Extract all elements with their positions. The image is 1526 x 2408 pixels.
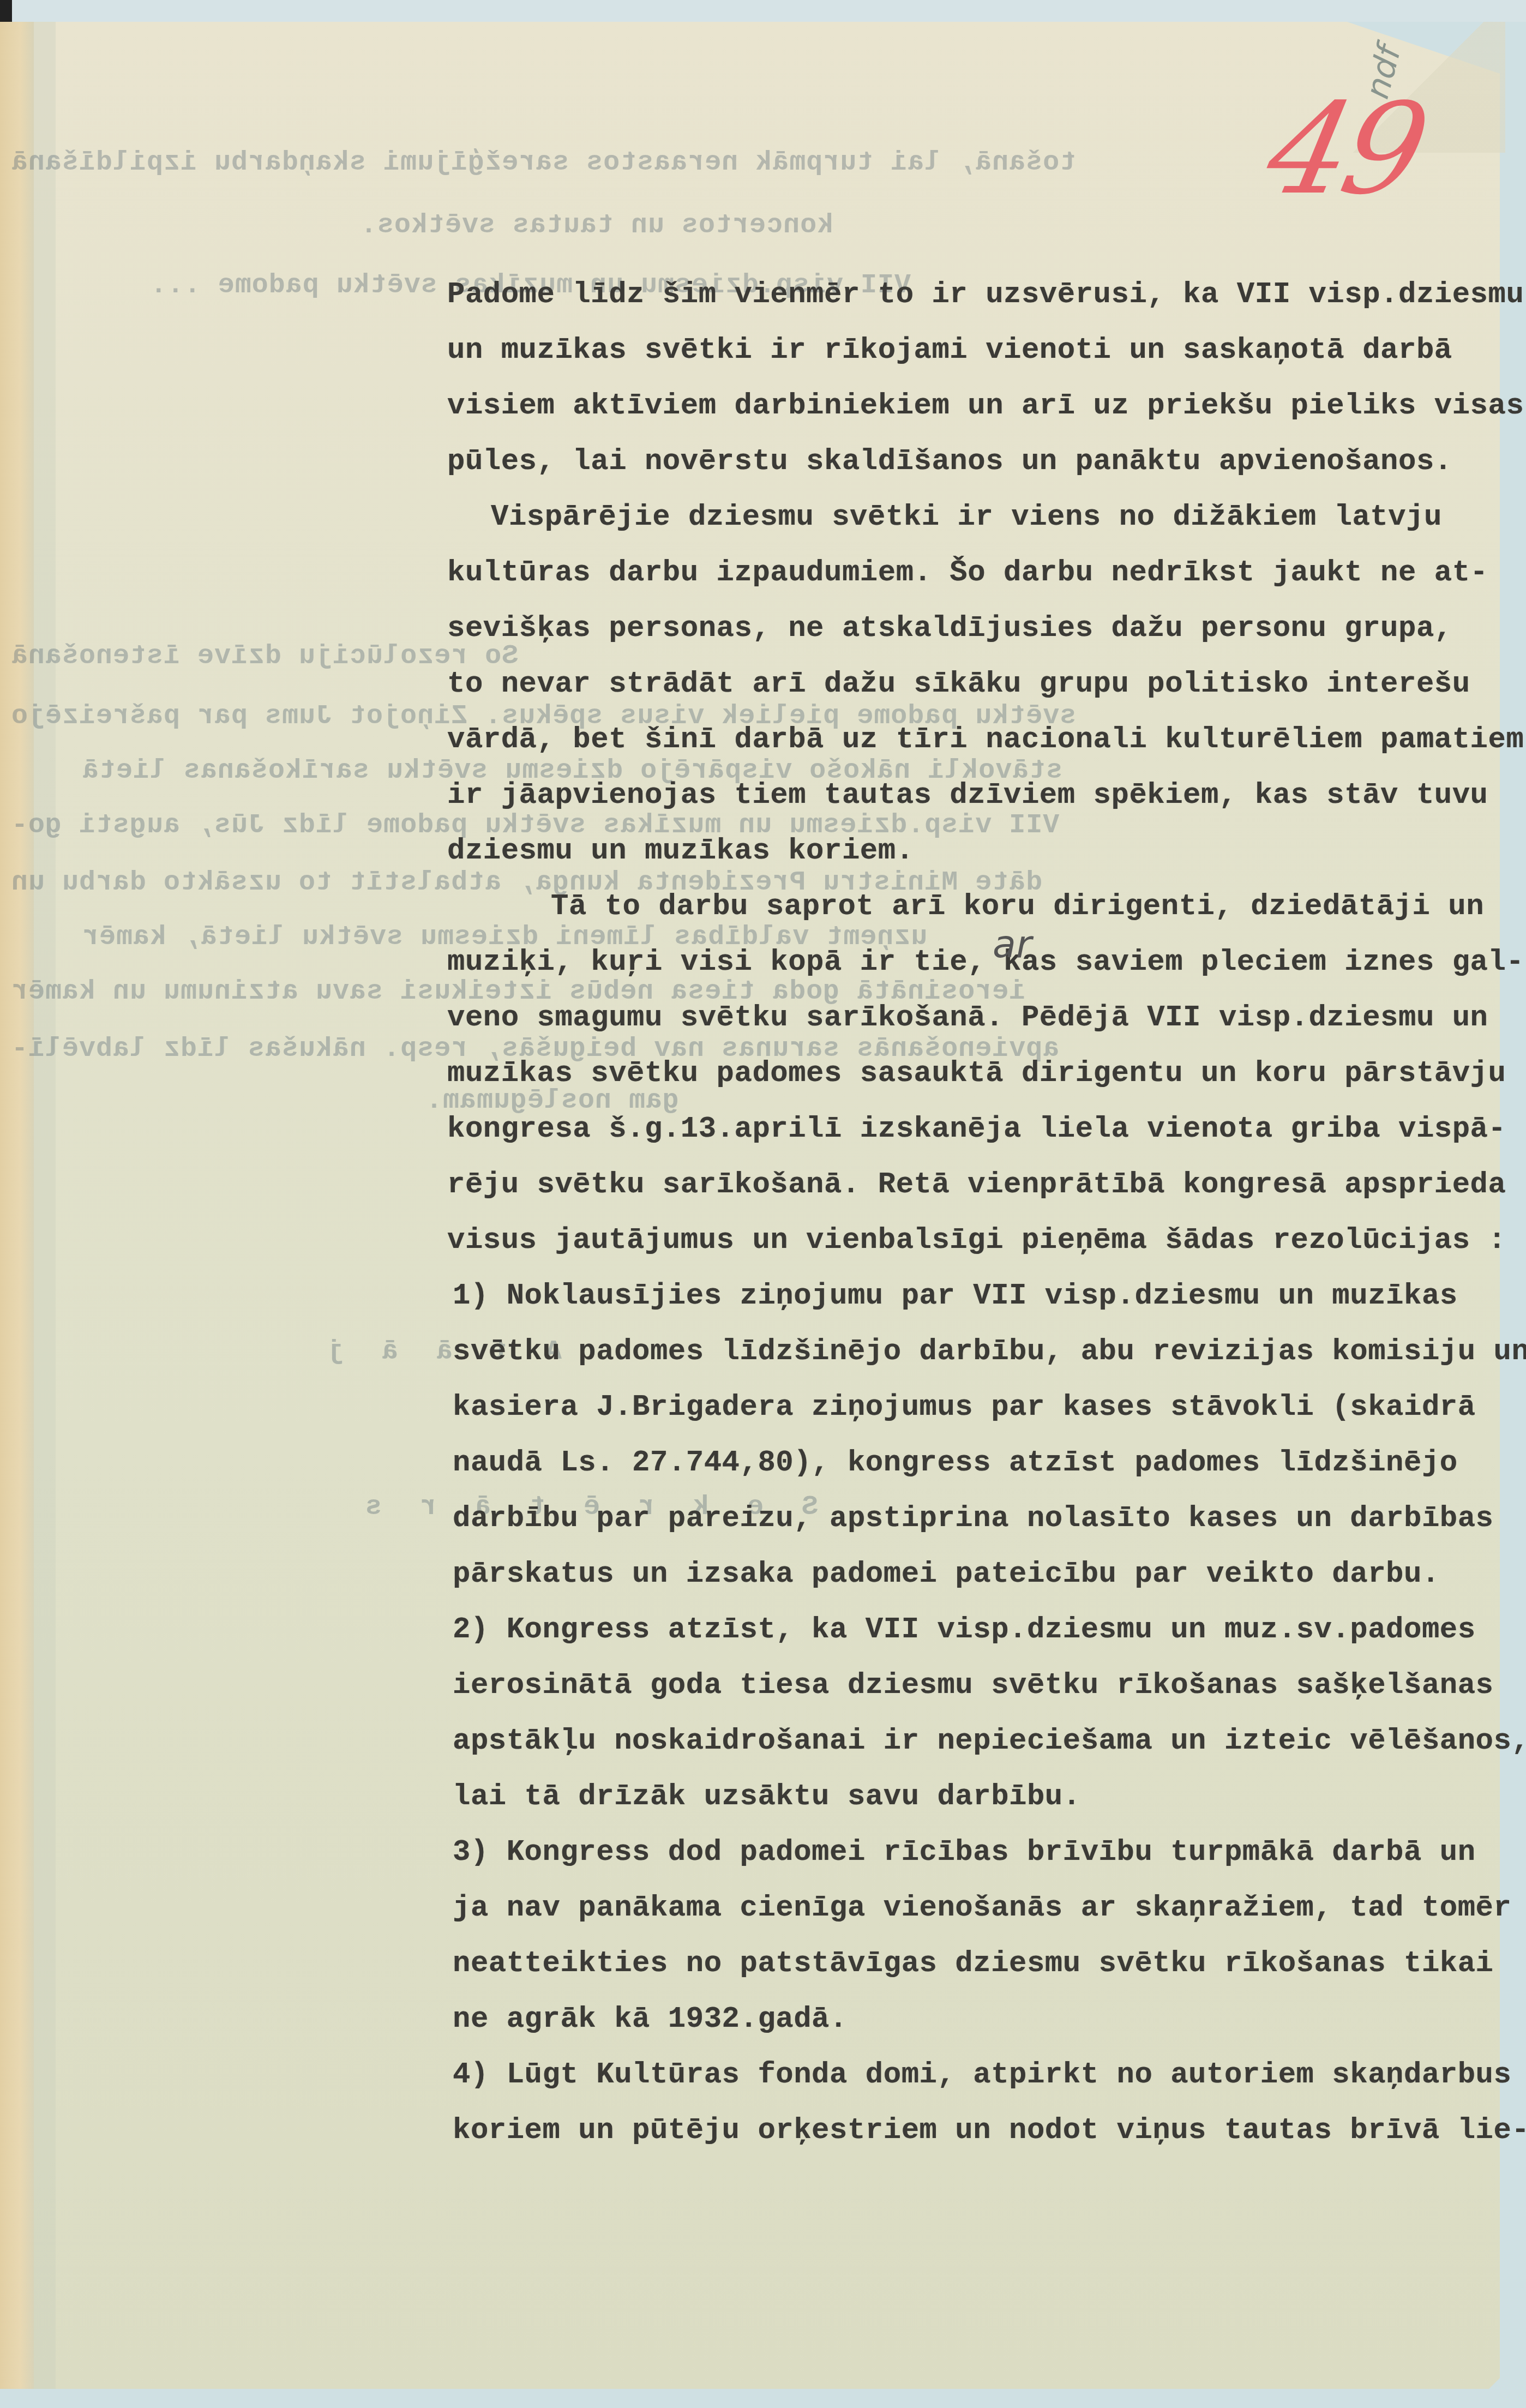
text-line: svētku padomes līdzšinējo darbību, abu r… bbox=[453, 1324, 1483, 1380]
text-line: ir jāapvienojas tiem tautas dzīviem spēk… bbox=[447, 768, 1483, 824]
text-line: naudā Ls. 27.744,80), kongress atzīst pa… bbox=[453, 1436, 1483, 1491]
text-line: pārskatus un izsaka padomei pateicību pa… bbox=[453, 1547, 1483, 1602]
text-line: rēju svētku sarīkošanā. Retā vienprātībā… bbox=[447, 1157, 1483, 1213]
paper-margin-shade bbox=[34, 22, 56, 2389]
text-line: muziķi, kuŗi visi kopā ir tie, kas savie… bbox=[447, 935, 1483, 990]
text-line: vārdā, bet šinī darbā uz tīri nacionali … bbox=[447, 712, 1483, 768]
resolution-1-line: 1) Noklausījies ziņojumu par VII visp.dz… bbox=[453, 1269, 1483, 1324]
text-line: sevišķas personas, ne atskaldījusies daž… bbox=[447, 601, 1483, 657]
text-line: visus jautājumus un vienbalsīgi pieņēma … bbox=[447, 1213, 1483, 1269]
text-line: un muzīkas svētki ir rīkojami vienoti un… bbox=[447, 323, 1483, 379]
scan-border-marker bbox=[0, 0, 12, 22]
text-line: lai tā drīzāk uzsāktu savu darbību. bbox=[453, 1769, 1483, 1825]
text-line: dziesmu un muzīkas koriem. bbox=[447, 824, 1483, 879]
text-line: Vispārējie dziesmu svētki ir viens no di… bbox=[447, 490, 1483, 545]
bleed-through-line: koncertos un tautas svētkos. bbox=[360, 210, 833, 241]
resolution-2-line: 2) Kongress atzīst, ka VII visp.dziesmu … bbox=[453, 1602, 1483, 1658]
text-line: kongresa š.g.13.aprilī izskanēja liela v… bbox=[447, 1102, 1483, 1157]
text-line: koriem un pūtēju orķestriem un nodot viņ… bbox=[453, 2103, 1483, 2159]
text-line: kasiera J.Brigadera ziņojumus par kases … bbox=[453, 1380, 1483, 1436]
bleed-through-line: tošanā, lai turpmāk neraastos sarežģījum… bbox=[11, 147, 1076, 178]
text-line: veno smagumu svētku sarīkošanā. Pēdējā V… bbox=[447, 990, 1483, 1046]
handwritten-insert-mark: ar bbox=[993, 922, 1032, 966]
text-line: Tā to darbu saprot arī koru dirigenti, d… bbox=[447, 879, 1483, 935]
text-line: ja nav panākama cienīga vienošanās ar sk… bbox=[453, 1881, 1483, 1936]
typewritten-body: Padome līdz šim vienmēr to ir uzsvērusi,… bbox=[447, 267, 1483, 2159]
text-line: ierosinātā goda tiesa dziesmu svētku rīk… bbox=[453, 1658, 1483, 1714]
text-line: to nevar strādāt arī dažu sīkāku grupu p… bbox=[447, 657, 1483, 712]
bleed-through-line: So rezolūciju dzīve īstenošanā bbox=[11, 641, 518, 672]
resolution-4-line: 4) Lūgt Kultūras fonda domi, atpirkt no … bbox=[453, 2047, 1483, 2103]
folio-number: 49 bbox=[1258, 87, 1433, 213]
paper-binding-edge bbox=[0, 22, 34, 2389]
text-line: visiem aktīviem darbiniekiem un arī uz p… bbox=[447, 379, 1483, 434]
text-line: ne agrāk kā 1932.gadā. bbox=[453, 1992, 1483, 2047]
text-line: kultūras darbu izpaudumiem. Šo darbu ned… bbox=[447, 545, 1483, 601]
text-line: muzīkas svētku padomes sasauktā dirigent… bbox=[447, 1046, 1483, 1102]
text-line: Padome līdz šim vienmēr to ir uzsvērusi,… bbox=[447, 267, 1483, 323]
text-line: pūles, lai novērstu skaldīšanos un panāk… bbox=[447, 434, 1483, 490]
scan-background-top bbox=[0, 0, 1526, 22]
text-line: darbību par pareizu, apstiprina nolasīto… bbox=[453, 1491, 1483, 1547]
resolution-3-line: 3) Kongress dod padomei rīcības brīvību … bbox=[453, 1825, 1483, 1881]
text-line: apstākļu noskaidrošanai ir nepieciešama … bbox=[453, 1714, 1483, 1769]
text-line: neatteikties no patstāvīgas dziesmu svēt… bbox=[453, 1936, 1483, 1992]
